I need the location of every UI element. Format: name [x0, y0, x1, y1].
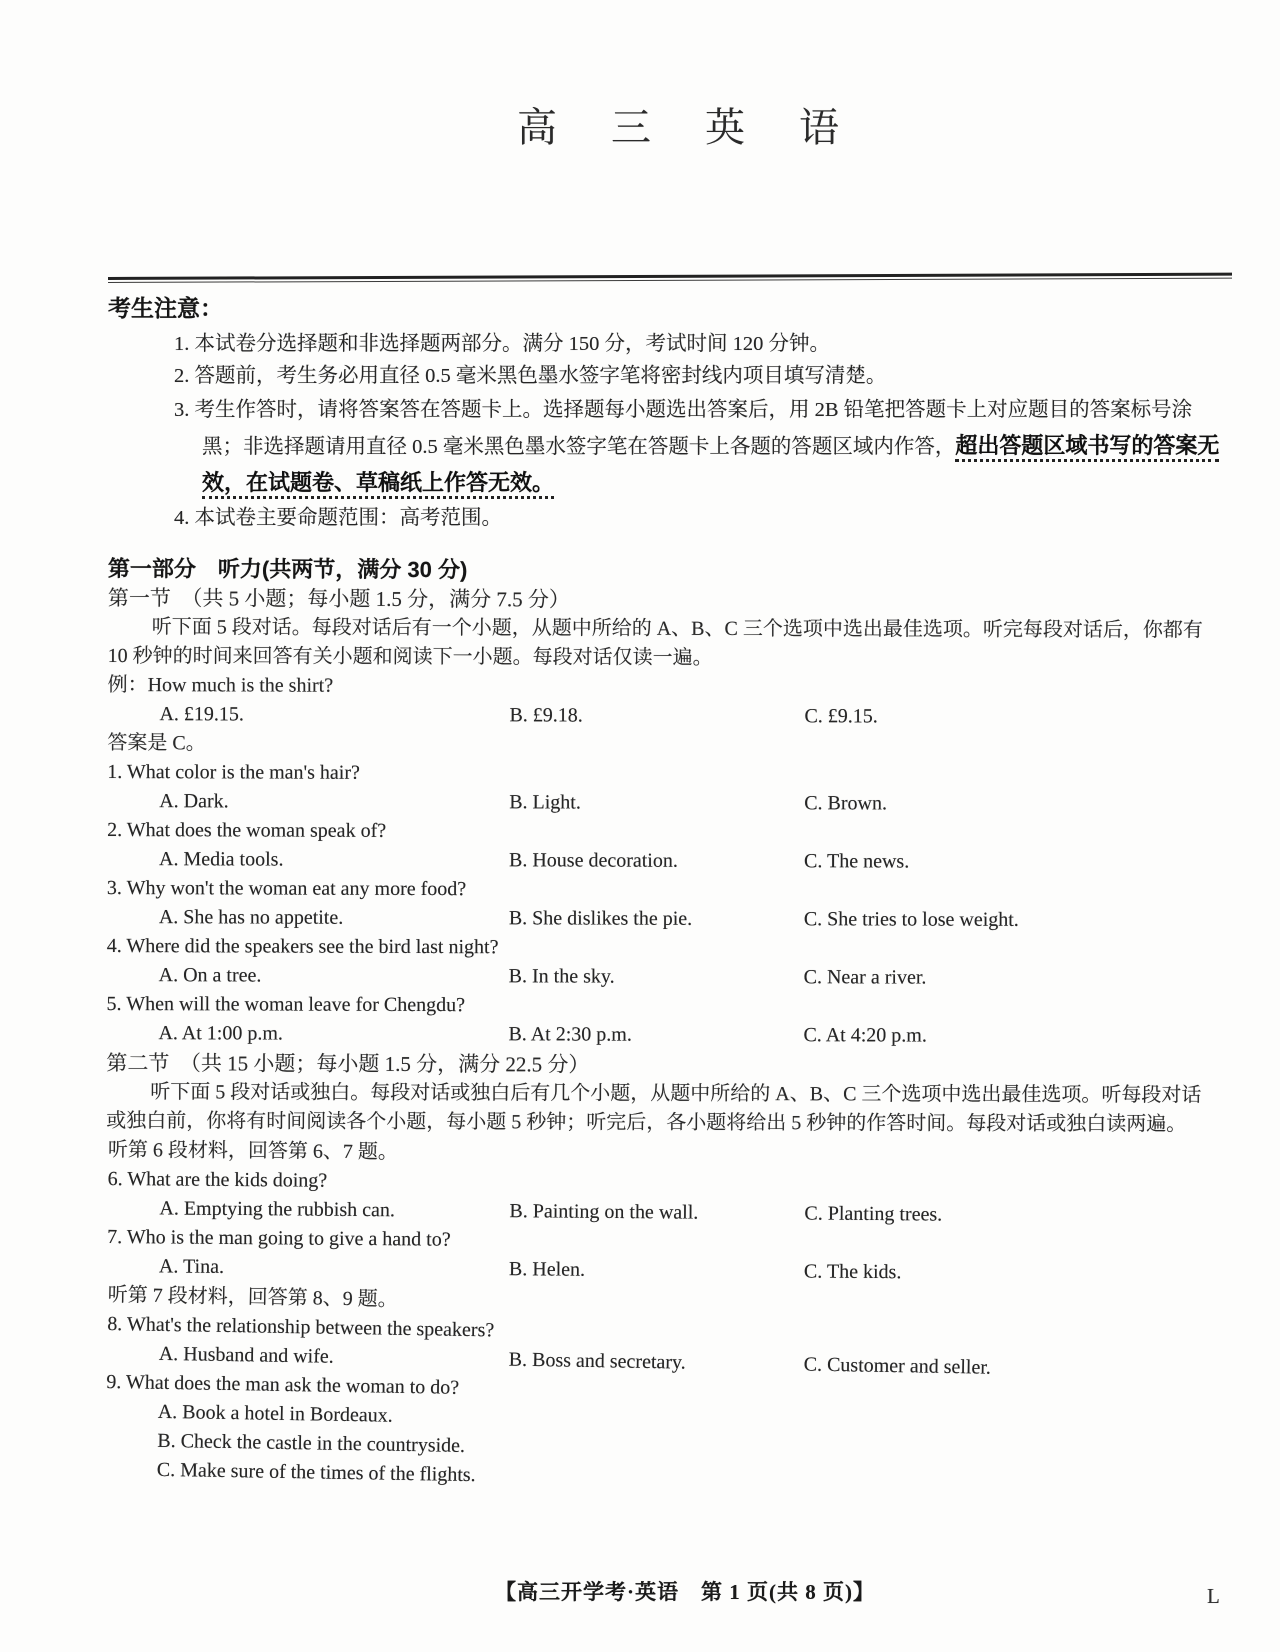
example-option-a: A. £19.15. — [159, 700, 509, 730]
exam-paper-page: 高 三 英 语 考生注意： 1. 本试卷分选择题和非选择题两部分。满分 150 … — [0, 0, 1280, 1652]
corner-letter: L — [1207, 1584, 1220, 1609]
question-5-option-b: B. At 2:30 p.m. — [508, 1020, 803, 1050]
page-title: 高 三 英 语 — [132, 96, 1246, 153]
question-4-option-a: A. On a tree. — [159, 961, 509, 991]
example-options: A. £19.15. B. £9.18. C. £9.15. — [107, 700, 1221, 732]
question-7-option-b: B. Helen. — [509, 1255, 804, 1286]
question-4: 4. Where did the speakers see the bird l… — [107, 932, 1221, 964]
question-4-options: A. On a tree. B. In the sky. C. Near a r… — [107, 961, 1221, 993]
question-5-option-c: C. At 4:20 p.m. — [803, 1021, 1220, 1051]
example-answer: 答案是 C。 — [107, 729, 1221, 761]
question-5-options: A. At 1:00 p.m. B. At 2:30 p.m. C. At 4:… — [106, 1019, 1220, 1051]
question-1: 1. What color is the man's hair? — [107, 758, 1221, 790]
question-1-option-b: B. Light. — [509, 788, 804, 818]
example-question: 例：How much is the shirt? — [108, 671, 1222, 703]
section1-heading: 第一节 （共 5 小题；每小题 1.5 分，满分 7.5 分） — [108, 583, 1222, 616]
question-5-option-a: A. At 1:00 p.m. — [158, 1019, 508, 1049]
question-2: 2. What does the woman speak of? — [107, 816, 1221, 848]
question-6-option-a: A. Emptying the rubbish can. — [159, 1194, 509, 1226]
question-2-options: A. Media tools. B. House decoration. C. … — [107, 845, 1221, 877]
question-3-option-c: C. She tries to lose weight. — [804, 905, 1221, 935]
notice-list: 1. 本试卷分选择题和非选择题两部分。满分 150 分，考试时间 120 分钟。… — [174, 328, 1222, 534]
question-2-option-b: B. House decoration. — [509, 846, 804, 876]
question-8-option-b: B. Boss and secretary. — [509, 1346, 804, 1380]
section1-instructions: 听下面 5 段对话。每段对话后有一个小题，从题中所给的 A、B、C 三个选项中选… — [108, 613, 1222, 674]
header-divider — [108, 273, 1232, 283]
section2-instructions: 听下面 5 段对话或独白。每段对话或独白后有几个小题，从题中所给的 A、B、C … — [106, 1078, 1220, 1139]
example-option-b: B. £9.18. — [509, 701, 804, 731]
question-2-option-c: C. The news. — [804, 847, 1221, 877]
question-6-option-c: C. Planting trees. — [804, 1199, 1221, 1231]
question-3: 3. Why won't the woman eat any more food… — [107, 874, 1221, 906]
page-footer: 【高三开学考·英语 第 1 页(共 8 页)】 — [45, 1576, 1280, 1606]
question-4-option-c: C. Near a river. — [804, 963, 1221, 993]
notice-heading: 考生注意： — [108, 290, 1222, 323]
question-1-option-a: A. Dark. — [159, 787, 509, 817]
example-option-c: C. £9.15. — [804, 702, 1221, 732]
question-1-option-c: C. Brown. — [804, 789, 1221, 819]
question-3-options: A. She has no appetite. B. She dislikes … — [107, 903, 1221, 935]
question-7-option-a: A. Tina. — [159, 1252, 509, 1284]
question-6-option-b: B. Painting on the wall. — [509, 1197, 804, 1228]
question-1-options: A. Dark. B. Light. C. Brown. — [107, 787, 1221, 819]
question-3-option-a: A. She has no appetite. — [159, 903, 509, 933]
question-7-option-c: C. The kids. — [804, 1257, 1221, 1289]
notice-item-2: 2. 答题前，考生务必用直径 0.5 毫米黑色墨水签字笔将密封线内项目填写清楚。 — [174, 360, 1222, 392]
notice-item-3: 3. 考生作答时，请将答案答在答题卡上。选择题每小题选出答案后，用 2B 铅笔把… — [174, 392, 1222, 502]
notice-item-1: 1. 本试卷分选择题和非选择题两部分。满分 150 分，考试时间 120 分钟。 — [174, 328, 1222, 360]
part1-heading: 第一部分 听力(共两节，满分 30 分) — [108, 552, 1222, 586]
question-2-option-a: A. Media tools. — [159, 845, 509, 875]
section2-heading: 第二节 （共 15 小题；每小题 1.5 分，满分 22.5 分） — [106, 1048, 1220, 1081]
question-5: 5. When will the woman leave for Chengdu… — [107, 990, 1221, 1022]
notice-item-4: 4. 本试卷主要命题范围：高考范围。 — [174, 502, 1222, 534]
question-3-option-b: B. She dislikes the pie. — [509, 904, 804, 934]
question-9-options: A. Book a hotel in Bordeaux. B. Check th… — [105, 1397, 1220, 1502]
question-4-option-b: B. In the sky. — [509, 962, 804, 992]
